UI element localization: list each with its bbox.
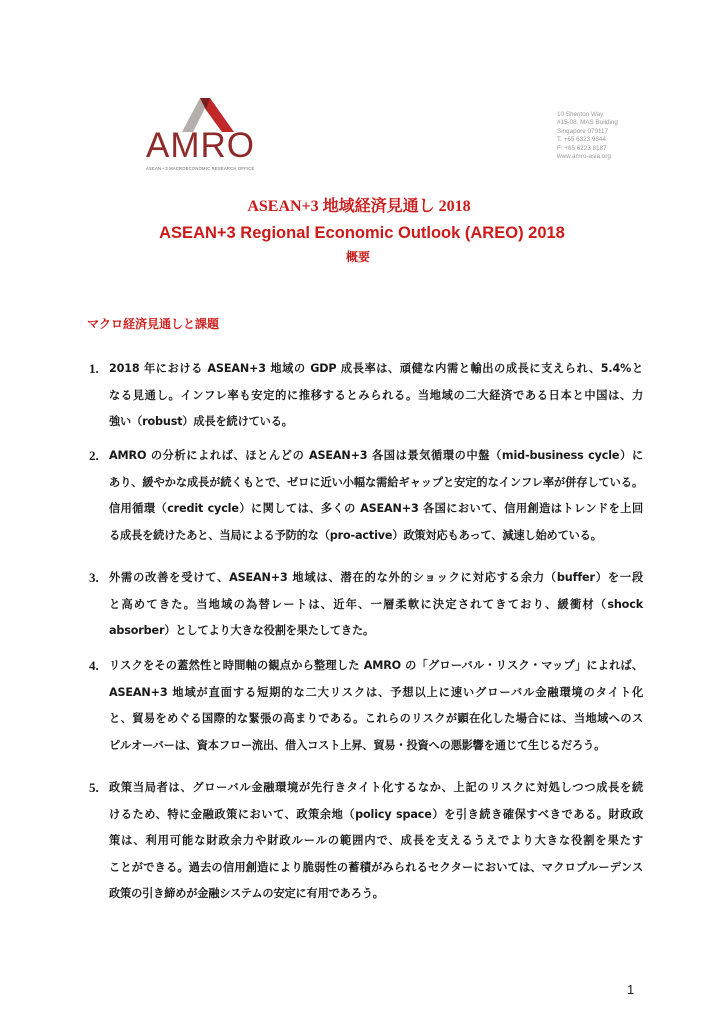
title-japanese: ASEAN+3 地域経済見通し 2018 bbox=[0, 196, 724, 218]
text-line: ことができる。過去の信用創造により脆弱性の蓄積がみられるセクターにおいては、マク… bbox=[109, 855, 643, 882]
text-line: absorber）としてより大きな役割を果たしてきた。 bbox=[109, 618, 643, 645]
title-block: ASEAN+3 地域経済見通し 2018 ASEAN+3 Regional Ec… bbox=[0, 196, 724, 266]
text-line: る成長を続けたあと、当局による予防的な（pro-active）政策対応もあって、… bbox=[109, 523, 643, 550]
item-text: AMRO の分析によれば、ほとんどの ASEAN+3 各国は景気循環の中盤（mi… bbox=[109, 443, 643, 549]
text-line: リスクをその蓋然性と時間軸の観点から整理した AMRO の「グローバル・リスク・… bbox=[109, 653, 643, 680]
item-number: 5. bbox=[89, 775, 99, 801]
section-heading: マクロ経済見通しと課題 bbox=[87, 316, 219, 332]
item-number: 3. bbox=[89, 565, 99, 591]
text-line: 強い（robust）成長を続けている。 bbox=[109, 409, 643, 436]
item-text: 外需の改善を受けて、ASEAN+3 地域は、潜在的な外的ショックに対応する余力（… bbox=[109, 565, 643, 645]
text-line: AMRO の分析によれば、ほとんどの ASEAN+3 各国は景気循環の中盤（mi… bbox=[109, 443, 643, 470]
text-line: 信用循環（credit cycle）に関しては、多くの ASEAN+3 各国にお… bbox=[109, 496, 643, 523]
text-line: 政策当局者は、グローバル金融環境が先行きタイト化するなか、上記のリスクに対処しつ… bbox=[109, 775, 643, 802]
address-line: #15-08, MAS Building bbox=[557, 119, 618, 127]
document-page: AMRO ASEAN +3 MACROECONOMIC RESEARCH OFF… bbox=[0, 0, 724, 1024]
text-line: 政策の引き締めが金融システムの安定に有用であろう。 bbox=[109, 881, 643, 908]
text-line: ASEAN+3 地域が直面する短期的な二大リスクは、予想以上に速いグローバル金融… bbox=[109, 680, 643, 707]
text-line: ピルオーバーは、資本フロー流出、借入コスト上昇、貿易・投資への悪影響を通じて生じ… bbox=[109, 733, 643, 760]
title-subtitle: 概要 bbox=[0, 248, 724, 266]
text-line: なる見通し。インフレ率も安定的に推移するとみられる。当地域の二大経済である日本と… bbox=[109, 383, 643, 410]
item-text: リスクをその蓋然性と時間軸の観点から整理した AMRO の「グローバル・リスク・… bbox=[109, 653, 643, 759]
item-text: 2018 年における ASEAN+3 地域の GDP 成長率は、頑健な内需と輸出… bbox=[109, 356, 643, 436]
address-fax: F: +65 6223 8187 bbox=[557, 145, 618, 153]
text-line: と高めてきた。当地域の為替レートは、近年、一層柔軟に決定されてきており、緩衝材（… bbox=[109, 592, 643, 619]
text-line: 外需の改善を受けて、ASEAN+3 地域は、潜在的な外的ショックに対応する余力（… bbox=[109, 565, 643, 592]
item-number: 1. bbox=[89, 356, 99, 382]
text-line: 策は、利用可能な財政余力や財政ルールの範囲内で、成長を支えるうえでより大きな役割… bbox=[109, 828, 643, 855]
office-address: 10 Shenton Way #15-08, MAS Building Sing… bbox=[557, 111, 618, 161]
text-line: と、貿易をめぐる国際的な緊張の高まりである。これらのリスクが顕在化した場合には、… bbox=[109, 706, 643, 733]
amro-logo: AMRO ASEAN +3 MACROECONOMIC RESEARCH OFF… bbox=[140, 86, 270, 166]
address-line: 10 Shenton Way bbox=[557, 111, 618, 119]
item-number: 4. bbox=[89, 653, 99, 679]
address-phone: T: +65 6323 9844 bbox=[557, 136, 618, 144]
page-number: 1 bbox=[627, 982, 634, 997]
text-line: 2018 年における ASEAN+3 地域の GDP 成長率は、頑健な内需と輸出… bbox=[109, 356, 643, 383]
title-english: ASEAN+3 Regional Economic Outlook (AREO)… bbox=[0, 222, 724, 244]
logo-wordmark: AMRO bbox=[146, 128, 255, 164]
item-text: 政策当局者は、グローバル金融環境が先行きタイト化するなか、上記のリスクに対処しつ… bbox=[109, 775, 643, 908]
item-number: 2. bbox=[89, 443, 99, 469]
text-line: けるため、特に金融政策において、政策余地（policy space）を引き続き確… bbox=[109, 802, 643, 829]
text-line: あり、緩やかな成長が続くもとで、ゼロに近い小幅な需給ギャップと安定的なインフレ率… bbox=[109, 470, 643, 497]
logo-tagline: ASEAN +3 MACROECONOMIC RESEARCH OFFICE bbox=[146, 166, 254, 171]
address-line: Singapore 079117 bbox=[557, 128, 618, 136]
address-website: www.amro-asia.org bbox=[557, 153, 618, 161]
